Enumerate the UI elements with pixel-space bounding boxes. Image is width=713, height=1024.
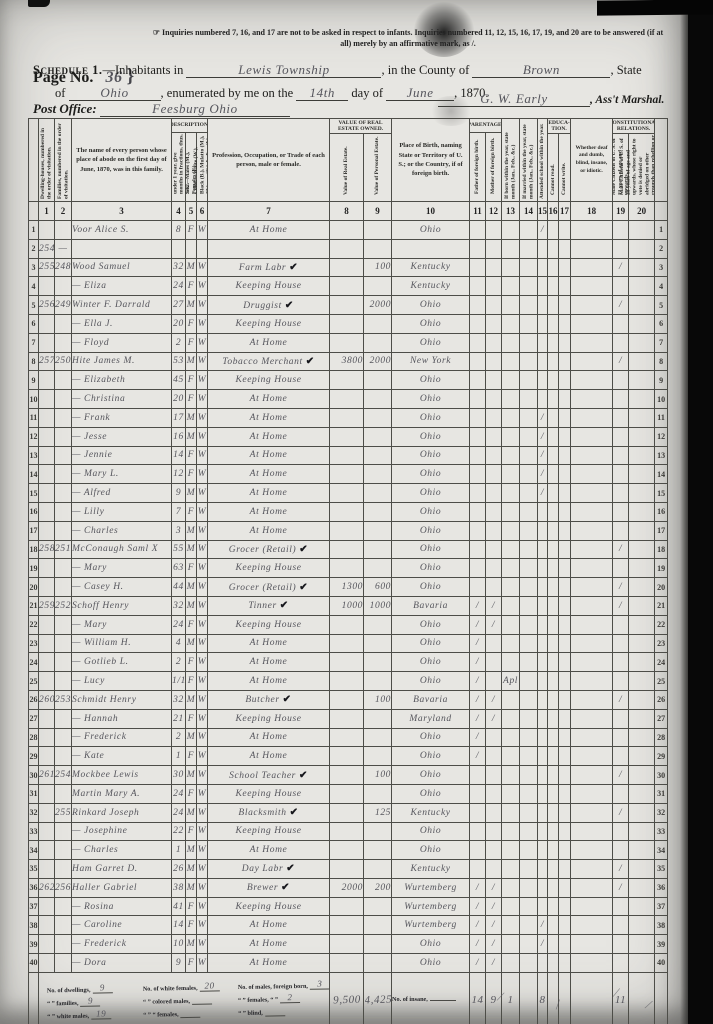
cell-pers [364,784,392,803]
cell-age: 1/12 [172,672,186,691]
cell-c13 [502,427,520,446]
cell-pers [364,408,392,427]
cell-sex: F [186,502,197,521]
cell-c11 [470,314,486,333]
cell-dw [39,860,55,879]
cell-name: Hite James M. [72,352,172,371]
cell-c17 [559,333,571,352]
cell-c18 [571,709,613,728]
cell-c14 [520,634,538,653]
cell-c13 [502,709,520,728]
cell-name: — Alfred [72,484,172,503]
cell-occ: Keeping House [208,277,330,296]
cell-occ: At Home [208,935,330,954]
cell-c18 [571,408,613,427]
column-number-1: 1 [39,202,55,221]
cell-sex: M [186,296,197,315]
header-cell-3: The name of every person whose place of … [72,119,172,202]
cell-c13 [502,803,520,822]
census-table-header: Dwelling-houses, numbered in the order o… [29,119,668,221]
cell-dw [39,333,55,352]
cell-fam: — [55,239,72,258]
cell-name: Rinkard Joseph [72,803,172,822]
cell-c19 [613,408,629,427]
column-total-c14 [520,972,538,1024]
post-office-label: Post Office: [33,101,97,116]
column-header-7: Profession, Occupation, or Trade of each… [208,145,329,176]
cell-real [330,935,364,954]
cell-c14 [520,954,538,973]
cell-c19 [613,446,629,465]
cell-name: — Kate [72,747,172,766]
row-number: 29 [655,747,668,766]
cell-col: W [197,690,208,709]
cell-real [330,465,364,484]
cell-c14 [520,465,538,484]
cell-birth: Wurtemberg [392,916,470,935]
cell-real: 3800 [330,352,364,371]
cell-c18 [571,521,613,540]
cell-age: 38 [172,878,186,897]
row-number: 25 [655,672,668,691]
row-number: 37 [655,897,668,916]
cell-c13 [502,634,520,653]
cell-col: W [197,465,208,484]
column-number-11: 11 [470,202,486,221]
row-number-header-right [655,119,668,202]
cell-dw: 259 [39,596,55,615]
cell-pers [364,465,392,484]
cell-c15 [538,314,548,333]
cell-c15 [538,728,548,747]
summary-line-1: No. of dwellings,9No. of white females,2… [47,979,327,994]
cell-c16 [548,446,559,465]
cell-c14 [520,578,538,597]
cell-c20 [629,277,655,296]
cell-c11: / [470,709,486,728]
cell-fam [55,954,72,973]
cell-birth: Ohio [392,390,470,409]
cell-c17 [559,371,571,390]
cell-name: — Mary [72,615,172,634]
cell-c13 [502,841,520,860]
cell-birth: Kentucky [392,803,470,822]
cell-c12: / [486,954,502,973]
cell-col: W [197,954,208,973]
cell-c12 [486,502,502,521]
cell-pers [364,841,392,860]
row-number: 16 [29,502,39,521]
cell-c16 [548,465,559,484]
cell-birth: Ohio [392,502,470,521]
cell-name: Ham Garret D. [72,860,172,879]
cell-c13 [502,860,520,879]
cell-c11 [470,766,486,785]
cell-c11 [470,427,486,446]
cell-birth: Ohio [392,615,470,634]
group-label-education: EDUCA- TION. [548,119,570,134]
cell-c16 [548,390,559,409]
cell-c19 [613,728,629,747]
cell-c13 [502,878,520,897]
cell-occ: At Home [208,465,330,484]
row-number: 12 [655,427,668,446]
cell-occ: Tinner✔ [208,596,330,615]
column-header-2: Families, numbered in the order of visit… [57,123,70,199]
cell-occ: At Home [208,221,330,240]
cell-c17 [559,897,571,916]
column-header-10: Place of Birth, naming State or Territor… [392,135,469,185]
cell-sex: F [186,314,197,333]
cell-c15: / [538,408,548,427]
cell-c13 [502,653,520,672]
cell-c17 [559,221,571,240]
header-cell-1: Dwelling-houses, numbered in the order o… [39,119,55,202]
cell-c17 [559,709,571,728]
row-number: 11 [655,408,668,427]
cell-age: 24 [172,803,186,822]
cell-c19: / [613,578,629,597]
cell-c14 [520,709,538,728]
cell-real [330,408,364,427]
cell-dw: 255 [39,258,55,277]
summary-item-value: 9 [80,996,100,1006]
cell-birth: New York [392,352,470,371]
cell-col: W [197,390,208,409]
cell-c12 [486,352,502,371]
cell-c12 [486,446,502,465]
cell-c18 [571,502,613,521]
cell-occ: At Home [208,408,330,427]
cell-sex: M [186,540,197,559]
cell-c12: / [486,897,502,916]
cell-birth: Ohio [392,427,470,446]
row-number: 30 [29,766,39,785]
summary-item: “ ” blind, [238,1008,329,1017]
cell-c11 [470,390,486,409]
column-number-17: 17 [559,202,571,221]
cell-c11 [470,578,486,597]
cell-occ: Farm Labr✔ [208,258,330,277]
cell-c18 [571,784,613,803]
affirmative-check-mark: ✔ [289,262,298,273]
cell-c13 [502,596,520,615]
cell-real [330,446,364,465]
cell-fam [55,672,72,691]
cell-c15 [538,390,548,409]
cell-dw [39,747,55,766]
cell-name: — Elizabeth [72,371,172,390]
cell-c18 [571,371,613,390]
cell-occ: At Home [208,333,330,352]
summary-item-value [181,1017,201,1018]
cell-c16 [548,578,559,597]
cell-c13 [502,747,520,766]
header-cell-7: Profession, Occupation, or Trade of each… [208,119,330,202]
column-number-5: 5 [186,202,197,221]
table-row: 4— Eliza24FWKeeping HouseKentucky4 [29,277,668,296]
cell-dw [39,521,55,540]
cell-real [330,747,364,766]
cell-c18 [571,897,613,916]
summary-item-value [265,1015,285,1016]
cell-real [330,897,364,916]
row-number: 17 [29,521,39,540]
cell-occ [208,239,330,258]
cell-dw: 261 [39,766,55,785]
cell-age: 32 [172,690,186,709]
cell-dw [39,559,55,578]
affirmative-check-mark: ✔ [299,770,308,781]
cell-age: 26 [172,860,186,879]
cell-fam [55,860,72,879]
table-row: 10— Christina20FWAt HomeOhio10 [29,390,668,409]
post-office-line: Post Office: Feesburg Ohio [33,101,290,117]
cell-real [330,521,364,540]
cell-age: 2 [172,728,186,747]
cell-c19 [613,916,629,935]
cell-c12 [486,803,502,822]
cell-col: W [197,916,208,935]
cell-birth: Ohio [392,296,470,315]
paper-sheet: Page No. 36 } ☞ Inquiries numbered 7, 16… [0,0,690,1024]
cell-sex: M [186,935,197,954]
cell-c19 [613,484,629,503]
cell-c16 [548,484,559,503]
cell-sex: M [186,521,197,540]
cell-real [330,916,364,935]
cell-c14 [520,390,538,409]
cell-c12 [486,239,502,258]
row-number: 28 [655,728,668,747]
summary-item: No. of dwellings,9 [47,983,143,995]
cell-c13 [502,916,520,935]
cell-occ: At Home [208,446,330,465]
insane-value [430,1000,456,1001]
cell-c20 [629,935,655,954]
cell-c20 [629,390,655,409]
cell-col: W [197,709,208,728]
cell-name: — Floyd [72,333,172,352]
cell-name: — Dora [72,954,172,973]
cell-c18 [571,465,613,484]
cell-occ: School Teacher✔ [208,766,330,785]
table-row: 35Ham Garret D.26MWDay Labr✔Kentucky/35 [29,860,668,879]
cell-name: — William H. [72,634,172,653]
cell-age: 9 [172,954,186,973]
cell-name: — Josephine [72,822,172,841]
table-row: 40— Dora9FWAt HomeOhio//40 [29,954,668,973]
header-cell-16: Cannot read. [548,134,559,201]
real-estate-total: 9,500 [329,972,365,1024]
cell-c20 [629,634,655,653]
cell-c16 [548,502,559,521]
summary-item-label: “ ” blind, [238,1010,263,1017]
cell-c16 [548,634,559,653]
summary-item-label: “ ” “ females, [143,1011,179,1019]
cell-c12 [486,540,502,559]
affirmative-check-mark: ✔ [299,582,308,593]
cell-real [330,390,364,409]
row-number: 33 [655,822,668,841]
cell-c17 [559,484,571,503]
cell-name: — Rosina [72,897,172,916]
cell-age: 1 [172,747,186,766]
cell-c20 [629,559,655,578]
cell-dw [39,954,55,973]
cell-c16 [548,916,559,935]
cell-name: — Mary L. [72,465,172,484]
of-label: of [55,86,65,100]
cell-c20 [629,954,655,973]
cell-col: W [197,408,208,427]
cell-c20 [629,897,655,916]
row-number: 7 [29,333,39,352]
cell-pers [364,502,392,521]
header-cell-2: Families, numbered in the order of visit… [55,119,72,202]
table-row: 8257250Hite James M.53MWTobacco Merchant… [29,352,668,371]
cell-sex: M [186,841,197,860]
cell-c18 [571,446,613,465]
cell-dw [39,822,55,841]
cell-pers: 100 [364,258,392,277]
cell-name: Schmidt Henry [72,690,172,709]
cell-age: 32 [172,258,186,277]
cell-c12 [486,634,502,653]
row-number: 31 [29,784,39,803]
row-number: 18 [29,540,39,559]
cell-sex: F [186,653,197,672]
cell-col: W [197,878,208,897]
cell-c12: / [486,878,502,897]
column-number-4: 4 [172,202,186,221]
cell-c18 [571,747,613,766]
cell-sex: F [186,559,197,578]
row-number: 7 [655,333,668,352]
summary-item-label: “ ” females, “ ” [238,996,278,1004]
cell-age [172,239,186,258]
column-total-c13: 1 [502,972,520,1024]
cell-c11: / [470,634,486,653]
cell-dw [39,634,55,653]
cell-dw [39,709,55,728]
cell-sex: M [186,766,197,785]
cell-c20 [629,484,655,503]
cell-c17 [559,446,571,465]
column-total-c15: 8 [538,972,548,1024]
cell-c13 [502,502,520,521]
cell-c16 [548,352,559,371]
cell-pers [364,916,392,935]
cell-occ: At Home [208,841,330,860]
cell-c15 [538,333,548,352]
cell-fam: 252 [55,596,72,615]
cell-c16 [548,221,559,240]
cell-c18 [571,916,613,935]
cell-fam [55,709,72,728]
cell-real: 1000 [330,596,364,615]
cell-c15 [538,784,548,803]
cell-c16 [548,333,559,352]
cell-birth: Ohio [392,314,470,333]
cell-c20 [629,258,655,277]
cell-name: Haller Gabriel [72,878,172,897]
column-number-10: 10 [392,202,470,221]
cell-col: W [197,634,208,653]
row-number: 34 [655,841,668,860]
cell-dw [39,390,55,409]
row-number: 40 [655,954,668,973]
cell-c12 [486,747,502,766]
cell-c12 [486,653,502,672]
cell-occ: At Home [208,747,330,766]
cell-c18 [571,221,613,240]
cell-c14 [520,878,538,897]
cell-c16 [548,728,559,747]
table-row: 22— Mary24FWKeeping HouseOhio//22 [29,615,668,634]
cell-occ: Tobacco Merchant✔ [208,352,330,371]
header-cell-15: Attended school within the year. [538,119,548,202]
row-number: 20 [29,578,39,597]
cell-name [72,239,172,258]
cell-c17 [559,314,571,333]
cell-name: McConaugh Saml X [72,540,172,559]
cell-c15 [538,502,548,521]
row-number: 29 [29,747,39,766]
cell-c20 [629,446,655,465]
cell-fam [55,822,72,841]
cell-pers [364,427,392,446]
cell-c11 [470,540,486,559]
cell-c17 [559,596,571,615]
cell-occ: At Home [208,672,330,691]
summary-item: “ ” white males,19 [47,1009,143,1021]
cell-sex: M [186,690,197,709]
cell-sex: M [186,484,197,503]
cell-dw [39,672,55,691]
cell-c12 [486,277,502,296]
cell-c17 [559,784,571,803]
cell-name: — Gotlieb L. [72,653,172,672]
summary-item: “ ” colored males, [143,997,238,1006]
cell-c14 [520,596,538,615]
cell-fam [55,427,72,446]
cell-c20 [629,878,655,897]
cell-age: 14 [172,916,186,935]
cell-col: W [197,803,208,822]
cell-occ: At Home [208,954,330,973]
cell-sex: M [186,878,197,897]
cell-c15 [538,559,548,578]
cell-occ: Grocer (Retail)✔ [208,540,330,559]
cell-c18 [571,728,613,747]
column-number-14: 14 [520,202,538,221]
cell-c12: / [486,690,502,709]
table-row: 19— Mary63FWKeeping HouseOhio19 [29,559,668,578]
cell-c20 [629,296,655,315]
cell-birth: Ohio [392,446,470,465]
cell-age: 20 [172,314,186,333]
cell-real [330,822,364,841]
table-row: 12— Jesse16MWAt HomeOhio/12 [29,427,668,446]
cell-real [330,258,364,277]
cell-c16 [548,239,559,258]
cell-fam: 255 [55,803,72,822]
cell-c14 [520,371,538,390]
cell-c11: / [470,615,486,634]
row-number: 19 [655,559,668,578]
table-row: 30261254Mockbee Lewis30MWSchool Teacher✔… [29,766,668,785]
